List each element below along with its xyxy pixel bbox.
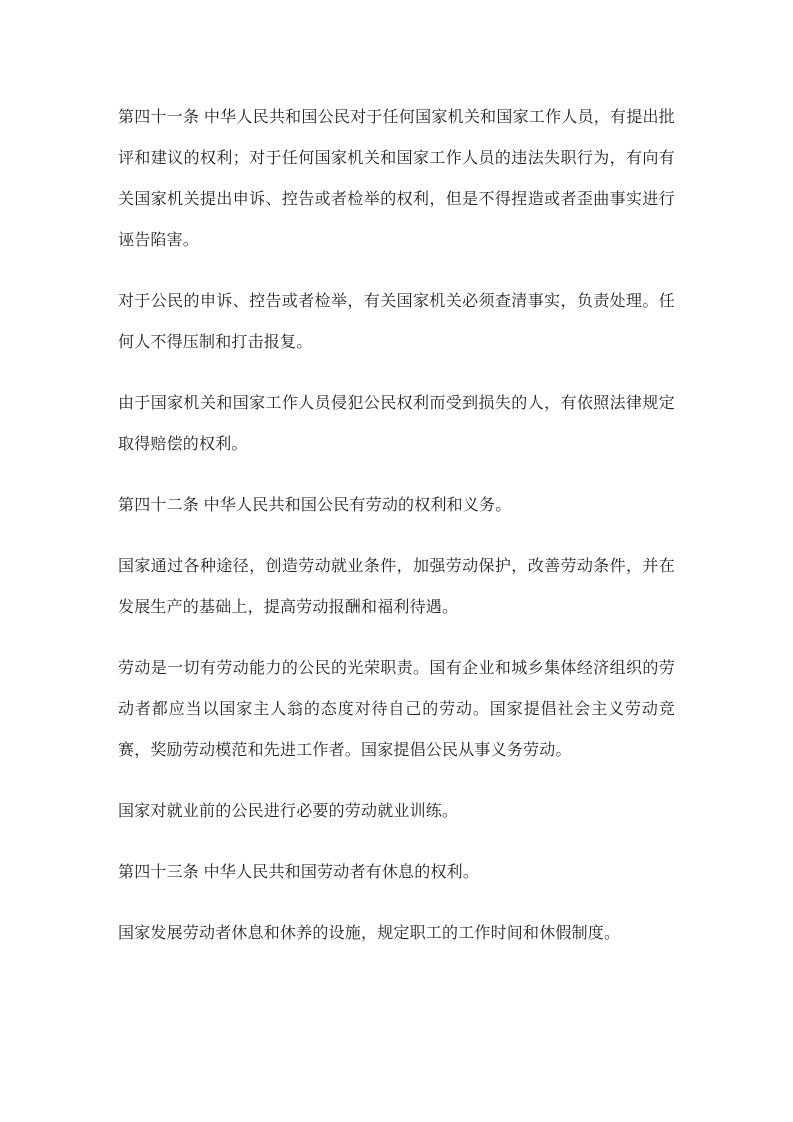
article-43-clause-2: 国家发展劳动者休息和休养的设施，规定职工的工作时间和休假制度。	[118, 913, 675, 954]
article-42-clause-2: 国家通过各种途径，创造劳动就业条件，加强劳动保护，改善劳动条件，并在发展生产的基…	[118, 546, 675, 628]
article-41-clause-1: 第四十一条 中华人民共和国公民对于任何国家机关和国家工作人员，有提出批评和建议的…	[118, 97, 675, 261]
document-text-body: 第四十一条 中华人民共和国公民对于任何国家机关和国家工作人员，有提出批评和建议的…	[118, 97, 675, 954]
article-42-clause-3: 劳动是一切有劳动能力的公民的光荣职责。国有企业和城乡集体经济组织的劳动者都应当以…	[118, 648, 675, 771]
article-43-clause-1: 第四十三条 中华人民共和国劳动者有休息的权利。	[118, 852, 675, 893]
article-42-clause-4: 国家对就业前的公民进行必要的劳动就业训练。	[118, 791, 675, 832]
document-page: 第四十一条 中华人民共和国公民对于任何国家机关和国家工作人员，有提出批评和建议的…	[0, 0, 793, 1122]
article-41-clause-2: 对于公民的申诉、控告或者检举，有关国家机关必须查清事实，负责处理。任何人不得压制…	[118, 281, 675, 363]
article-42-clause-1: 第四十二条 中华人民共和国公民有劳动的权利和义务。	[118, 485, 675, 526]
article-41-clause-3: 由于国家机关和国家工作人员侵犯公民权利而受到损失的人，有依照法律规定取得赔偿的权…	[118, 383, 675, 465]
